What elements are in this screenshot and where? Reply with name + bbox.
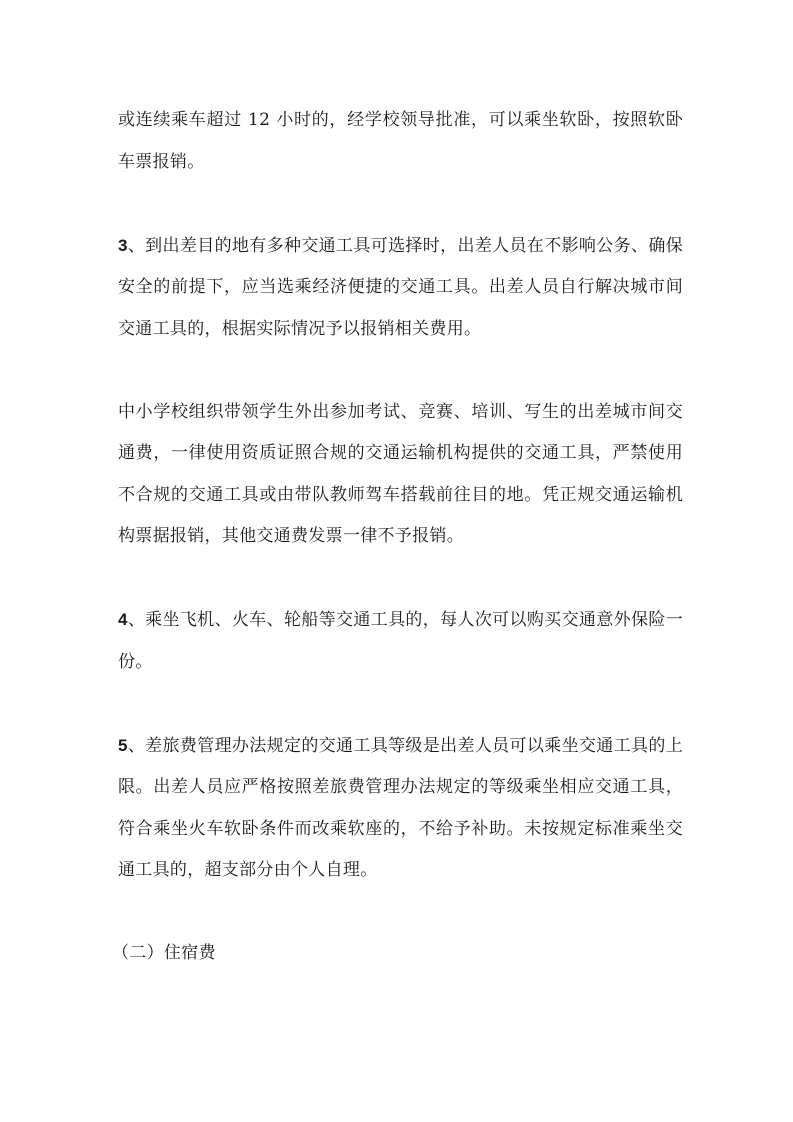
paragraph-item-5: 5、差旅费管理办法规定的交通工具等级是出差人员可以乘坐交通工具的上限。出差人员应… xyxy=(118,725,683,892)
paragraph-text: 、差旅费管理办法规定的交通工具等级是出差人员可以乘坐交通工具的上限。出差人员应严… xyxy=(118,736,683,881)
paragraph-item-4: 4、乘坐飞机、火车、轮船等交通工具的，每人次可以购买交通意外保险一份。 xyxy=(118,599,683,683)
paragraph-text: 中小学校组织带领学生外出参加考试、竞赛、培训、写生的出差城市间交通费，一律使用资… xyxy=(118,402,683,547)
paragraph-item-3: 3、到出差目的地有多种交通工具可选择时，出差人员在不影响公务、确保安全的前提下，… xyxy=(118,225,683,351)
paragraph-continuation: 或连续乘车超过 12 小时的，经学校领导批准，可以乘坐软卧，按照软卧车票报销。 xyxy=(118,100,683,183)
paragraph-text: 、到出差目的地有多种交通工具可选择时，出差人员在不影响公务、确保安全的前提下，应… xyxy=(118,236,683,339)
item-number: 3 xyxy=(118,236,128,255)
paragraph-text: 、乘坐飞机、火车、轮船等交通工具的，每人次可以购买交通意外保险一份。 xyxy=(118,610,683,672)
document-page: 或连续乘车超过 12 小时的，经学校领导批准，可以乘坐软卧，按照软卧车票报销。 … xyxy=(118,100,683,975)
section-heading-accommodation: （二）住宿费 xyxy=(112,933,683,975)
item-number: 5 xyxy=(118,736,128,755)
item-number: 4 xyxy=(118,610,128,629)
paragraph-school-trips: 中小学校组织带领学生外出参加考试、竞赛、培训、写生的出差城市间交通费，一律使用资… xyxy=(118,392,683,558)
paragraph-text: 或连续乘车超过 12 小时的，经学校领导批准，可以乘坐软卧，按照软卧车票报销。 xyxy=(118,110,683,172)
